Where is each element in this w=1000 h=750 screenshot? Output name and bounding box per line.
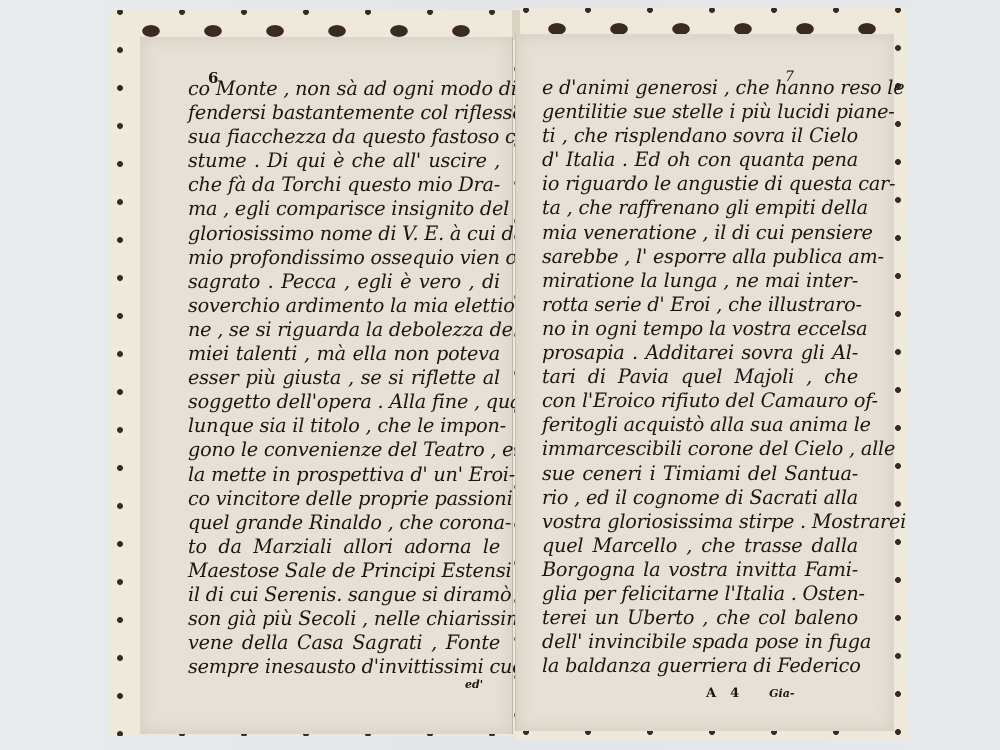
text-line: soverchio ardimento la mia elettio-	[188, 294, 500, 318]
text-line: quel grande Rinaldo , che corona-	[188, 511, 500, 535]
text-line: prosapia . Additarei sovra gli Al-	[542, 341, 858, 365]
text-line: e d'animi generosi , che hanno reso le	[542, 76, 858, 100]
text-line: la mette in prospettiva d' un' Eroi-	[188, 463, 500, 487]
page-body-text: e d'animi generosi , che hanno reso le g…	[542, 76, 858, 678]
text-line: ta , che raffrenano gli empiti della	[542, 196, 858, 220]
text-line: feritogli acquistò alla sua anima le	[542, 413, 858, 437]
text-line: soggetto dell'opera . Alla fine , qua-	[188, 390, 500, 414]
text-line: sagrato . Pecca , egli è vero , di	[188, 270, 500, 294]
text-line: rio , ed il cognome di Sacrati alla	[542, 486, 858, 510]
text-line: vostra gloriosissima stirpe . Mostrarei	[542, 510, 858, 534]
text-line: la baldanza guerriera di Federico	[542, 654, 858, 678]
text-line: che fà da Torchi questo mio Dra-	[188, 173, 500, 197]
signature-number: 4	[730, 686, 739, 701]
text-line: vene della Casa Sagrati , Fonte	[188, 631, 500, 655]
text-line: con l'Eroico rifiuto del Camauro of-	[542, 389, 858, 413]
text-line: gono le convenienze del Teatro , el-	[188, 438, 500, 462]
text-line: stume . Di qui è che all' uscire ,	[188, 149, 500, 173]
signature-mark: A4Gia-	[706, 686, 808, 701]
text-line: fendersi bastantemente col riflesso di	[188, 101, 500, 125]
text-line: co Monte , non sà ad ogni modo di-	[188, 77, 500, 101]
text-line: Borgogna la vostra invitta Fami-	[542, 558, 858, 582]
text-line: to da Marziali allori adorna le	[188, 535, 500, 559]
text-line: son già più Secoli , nelle chiarissime	[188, 607, 500, 631]
text-line: gloriosissimo nome di V. E. à cui dal	[188, 222, 500, 246]
text-line: co vincitore delle proprie passioni	[188, 487, 500, 511]
text-line: mia veneratione , il di cui pensiere	[542, 221, 858, 245]
catchword: Gia-	[769, 687, 794, 700]
text-line: sue ceneri i Timiami del Santua-	[542, 462, 858, 486]
text-line: Maestose Sale de Principi Estensi ,	[188, 559, 500, 583]
text-line: d' Italia . Ed oh con quanta pena	[542, 148, 858, 172]
catchword: ed'	[465, 678, 483, 691]
signature-letter: A	[706, 686, 716, 701]
text-line: no in ogni tempo la vostra eccelsa	[542, 317, 858, 341]
text-line: glia per felicitarne l'Italia . Osten-	[542, 582, 858, 606]
text-line: miei talenti , mà ella non poteva	[188, 342, 500, 366]
text-line: sempre inesausto d'invittissimi cuori ,	[188, 655, 500, 679]
right-page: 7 e d'animi generosi , che hanno reso le…	[515, 34, 894, 731]
text-line: mio profondissimo ossequio vien con-	[188, 246, 500, 270]
text-line: ma , egli comparisce insignito del	[188, 197, 500, 221]
text-line: rotta serie d' Eroi , che illustraro-	[542, 293, 858, 317]
text-line: lunque sia il titolo , che le impon-	[188, 414, 500, 438]
text-line: esser più giusta , se si riflette al	[188, 366, 500, 390]
text-line: terei un Uberto , che col baleno	[542, 606, 858, 630]
text-line: sua fiacchezza da questo fastoso co-	[188, 125, 500, 149]
text-line: io riguardo le angustie di questa car-	[542, 172, 858, 196]
text-line: il di cui Serenis. sangue si diramò ,	[188, 583, 500, 607]
left-page: 6 co Monte , non sà ad ogni modo di- fen…	[140, 37, 513, 734]
text-line: gentilitie sue stelle i più lucidi piane…	[542, 100, 858, 124]
text-line: miratione la lunga , ne mai inter-	[542, 269, 858, 293]
text-line: quel Marcello , che trasse dalla	[542, 534, 858, 558]
page-body-text: co Monte , non sà ad ogni modo di- fende…	[188, 77, 500, 679]
text-line: dell' invincibile spada pose in fuga	[542, 630, 858, 654]
text-line: sarebbe , l' esporre alla publica am-	[542, 245, 858, 269]
text-line: ti , che risplendano sovra il Cielo	[542, 124, 858, 148]
text-line: immarcescibili corone del Cielo , alle	[542, 437, 858, 461]
text-line: ne , se si riguarda la debolezza de	[188, 318, 500, 342]
text-line: tari di Pavia quel Majoli , che	[542, 365, 858, 389]
